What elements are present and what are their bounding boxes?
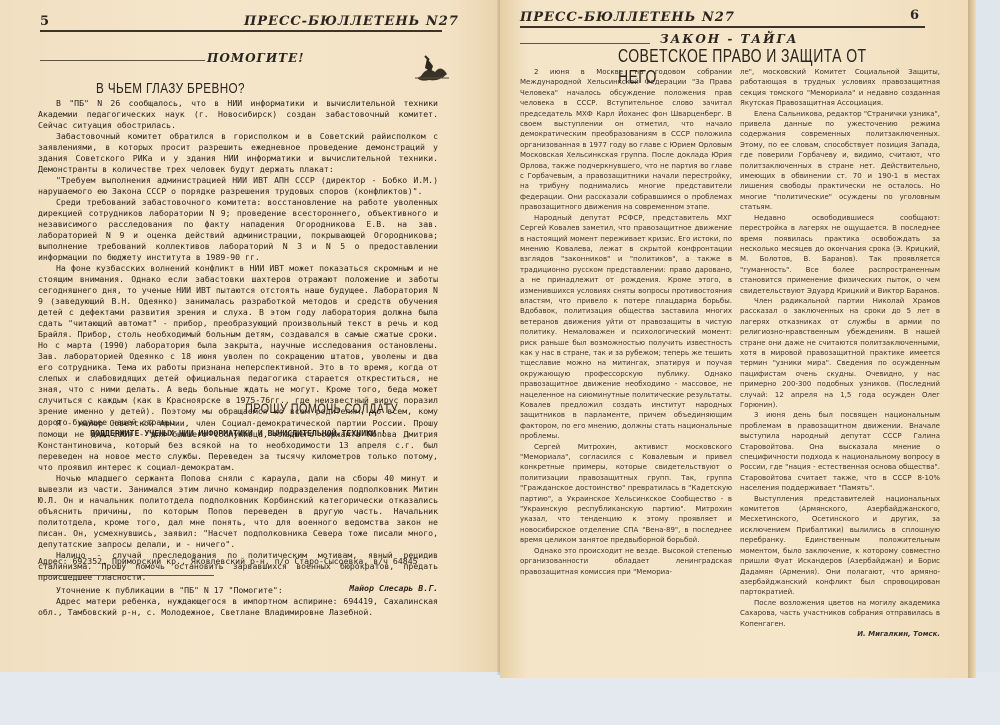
paragraph: ле", московский Комитет Социальной Защит… [740,67,940,109]
article-title: В ЧЬЕМ ГЛАЗУ БРЕВНО? [96,80,245,97]
left-page: 5 ПРЕСС-БЮЛЛЕТЕНЬ N27 ПОМОГИТЕ! В ЧЬЕМ Г… [0,0,500,672]
section-rule [520,43,650,44]
paragraph: Выступления представителей национальных … [740,494,940,598]
paragraph: Среди требований забастовочного комитета… [38,197,438,263]
paragraph: 3 июня день был посвящен национальным пр… [740,410,940,493]
signature: И. Мигалкин, Томск. [740,629,940,639]
correction-text: Адрес матери ребенка, нуждающегося в имп… [38,596,438,618]
article-body: Я - майор Советской Армии, член Социал-д… [38,418,438,594]
address-line: Адрес: 692352, Приморский кр., Яковлевск… [38,556,448,567]
paragraph: Сергей Митрохин, активист московского "М… [520,442,732,546]
correction-lead: Уточнение к публикации в "ПБ" N 17 "Помо… [38,585,438,596]
page-number-right: 6 [910,8,920,23]
header-rule [520,26,925,28]
paragraph: Елена Сальникова, редактор "Странички уз… [740,109,940,213]
paragraph: "Требуем выполнения администрацией НИИ И… [38,175,438,197]
bird-on-branch-icon [413,52,451,84]
paragraph: Ночью младшего сержанта Попова сняли с к… [38,473,438,550]
paragraph: Член радикальной партии Николай Храмов р… [740,296,940,410]
right-page: ПРЕСС-БЮЛЛЕТЕНЬ N27 6 ЗАКОН - ТАЙГА СОВЕ… [500,0,971,678]
paragraph: Однако это происходит не везде. Высокой … [520,546,732,577]
page-edge [968,0,976,678]
paragraph: Недавно освободившиеся сообщают: перестр… [740,213,940,296]
page-number-left: 5 [40,14,50,29]
article-title: ПРОШУ ПОМОЧЬ СОЛДАТУ [245,400,398,416]
section-rule [40,60,205,61]
article-column-2: ле", московский Комитет Социальной Защит… [740,67,940,639]
header-rule [40,30,442,32]
paragraph: Я - майор Советской Армии, член Социал-д… [38,418,438,473]
scanner-background [0,672,1000,725]
correction-note: Уточнение к публикации в "ПБ" N 17 "Помо… [38,585,438,618]
article-body: В "ПБ" N 26 сообщалось, что в НИИ информ… [38,98,438,439]
separator-rule [38,575,214,576]
section-title: ПОМОГИТЕ! [207,51,305,65]
running-header-left: ПРЕСС-БЮЛЛЕТЕНЬ N27 [244,14,459,29]
address: Адрес: 692352, Приморский кр., Яковлевск… [38,556,448,567]
article-column-1: 2 июня в Москве на годовом собрании Межд… [520,67,732,577]
running-header-right: ПРЕСС-БЮЛЛЕТЕНЬ N27 [520,10,735,25]
section-title: ЗАКОН - ТАЙГА [660,32,799,46]
paragraph: После возложения цветов на могилу академ… [740,598,940,629]
paragraph: Забастовочный комитет обратился в горисп… [38,131,438,175]
paragraph: В "ПБ" N 26 сообщалось, что в НИИ информ… [38,98,438,131]
paragraph: Народный депутат РСФСР, представитель МХ… [520,213,732,442]
paragraph: 2 июня в Москве на годовом собрании Межд… [520,67,732,213]
